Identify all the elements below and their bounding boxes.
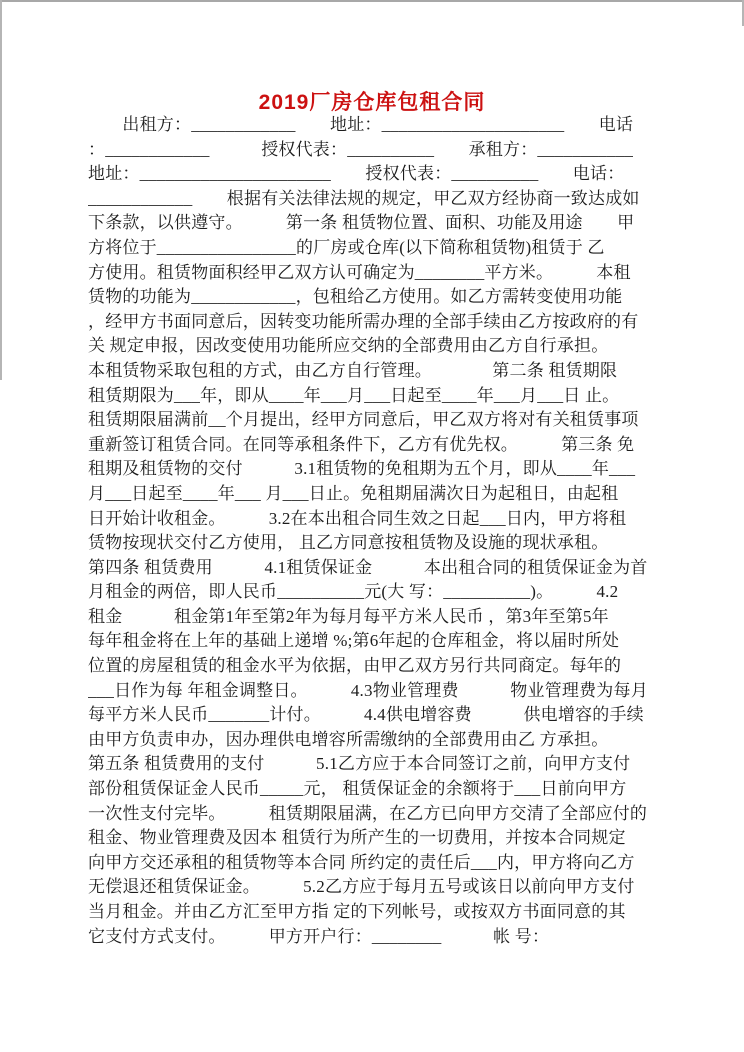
text-line: 赁物按现状交付乙方使用， 且乙方同意按租赁物及设施的现状承租。 xyxy=(88,531,660,556)
text-line: 赁物的功能为____________，包租给乙方使用。如乙方需转变使用功能 xyxy=(88,285,660,310)
text-line: 向甲方交还承租的租赁物等本合同 所约定的责任后___内，甲方将向乙方 xyxy=(88,851,660,876)
text-line: 关 规定申报，因改变使用功能所应交纳的全部费用由乙方自行承担。 xyxy=(88,334,660,359)
text-line: 本租赁物采取包租的方式，由乙方自行管理。 第二条 租赁期限 xyxy=(88,359,660,384)
text-line: 月租金的两倍，即人民币__________元(大 写：__________)。 … xyxy=(88,580,660,605)
text-line: 一次性支付完毕。 租赁期限届满，在乙方已向甲方交清了全部应付的 xyxy=(88,802,660,827)
text-line: 租期及租赁物的交付 3.1租赁物的免租期为五个月，即从____年___ xyxy=(88,457,660,482)
text-line: 每年租金将在上年的基础上递增 %;第6年起的仓库租金，将以届时所处 xyxy=(88,629,660,654)
text-line: 第五条 租赁费用的支付 5.1乙方应于本合同签订之前，向甲方支付 xyxy=(88,752,660,777)
scan-artifact-top-line xyxy=(0,0,744,2)
text-line: 出租方：____________ 地址：____________________… xyxy=(88,113,660,138)
document-body: 出租方：____________ 地址：____________________… xyxy=(88,113,660,949)
text-line: 日开始计收租金。 3.2在本出租合同生效之日起___日内，甲方将租 xyxy=(88,507,660,532)
document-page: 2019厂房仓库包租合同 出租方：____________ 地址：_______… xyxy=(0,0,744,1052)
text-line: 租赁期限为___年，即从____年___月___日起至____年___月___日… xyxy=(88,384,660,409)
document-title: 2019厂房仓库包租合同 xyxy=(0,86,744,116)
text-line: 重新签订租赁合同。在同等承租条件下，乙方有优先权。 第三条 免 xyxy=(88,433,660,458)
text-line: 租赁期限届满前__个月提出，经甲方同意后，甲乙双方将对有关租赁事项 xyxy=(88,408,660,433)
text-line: ，经甲方书面同意后，因转变功能所需办理的全部手续由乙方按政府的有 xyxy=(88,310,660,335)
text-line: 方使用。租赁物面积经甲乙双方认可确定为________平方米。 本租 xyxy=(88,261,660,286)
text-line: 第四条 租赁费用 4.1租赁保证金 本出租合同的租赁保证金为首 xyxy=(88,556,660,581)
scan-artifact-left-line xyxy=(0,0,2,380)
text-line: 位置的房屋租赁的租金水平为依据，由甲乙双方另行共同商定。每年的 xyxy=(88,654,660,679)
text-line: ____________ 根据有关法律法规的规定，甲乙双方经协商一致达成如 xyxy=(88,187,660,212)
text-line: ___日作为每 年租金调整日。 4.3物业管理费 物业管理费为每月 xyxy=(88,679,660,704)
text-line: 它支付方式支付。 甲方开户行：________ 帐 号： xyxy=(88,925,660,950)
text-line: 下条款，以供遵守。 第一条 租赁物位置、面积、功能及用途 甲 xyxy=(88,211,660,236)
text-line: 部份租赁保证金人民币_____元， 租赁保证金的余额将于___日前向甲方 xyxy=(88,777,660,802)
text-line: 租金 租金第1年至第2年为每月每平方米人民币 ，第3年至第5年 xyxy=(88,605,660,630)
text-line: 由甲方负责申办，因办理供电增容所需缴纳的全部费用由乙 方承担。 xyxy=(88,728,660,753)
text-line: 当月租金。并由乙方汇至甲方指 定的下列帐号，或按双方书面同意的其 xyxy=(88,900,660,925)
text-line: 月___日起至____年___ 月___日止。免租期届满次日为起租日，由起租 xyxy=(88,482,660,507)
text-line: 地址：______________________ 授权代表：_________… xyxy=(88,162,660,187)
text-line: 无偿退还租赁保证金。 5.2乙方应于每月五号或该日以前向甲方支付 xyxy=(88,875,660,900)
text-line: 方将位于________________的厂房或仓库(以下简称租赁物)租赁于 乙 xyxy=(88,236,660,261)
text-line: 租金、物业管理费及因本 租赁行为所产生的一切费用，并按本合同规定 xyxy=(88,826,660,851)
text-line: ：____________ 授权代表：__________ 承租方：______… xyxy=(88,138,660,163)
text-line: 每平方米人民币_______计付。 4.4供电增容费 供电增容的手续 xyxy=(88,703,660,728)
